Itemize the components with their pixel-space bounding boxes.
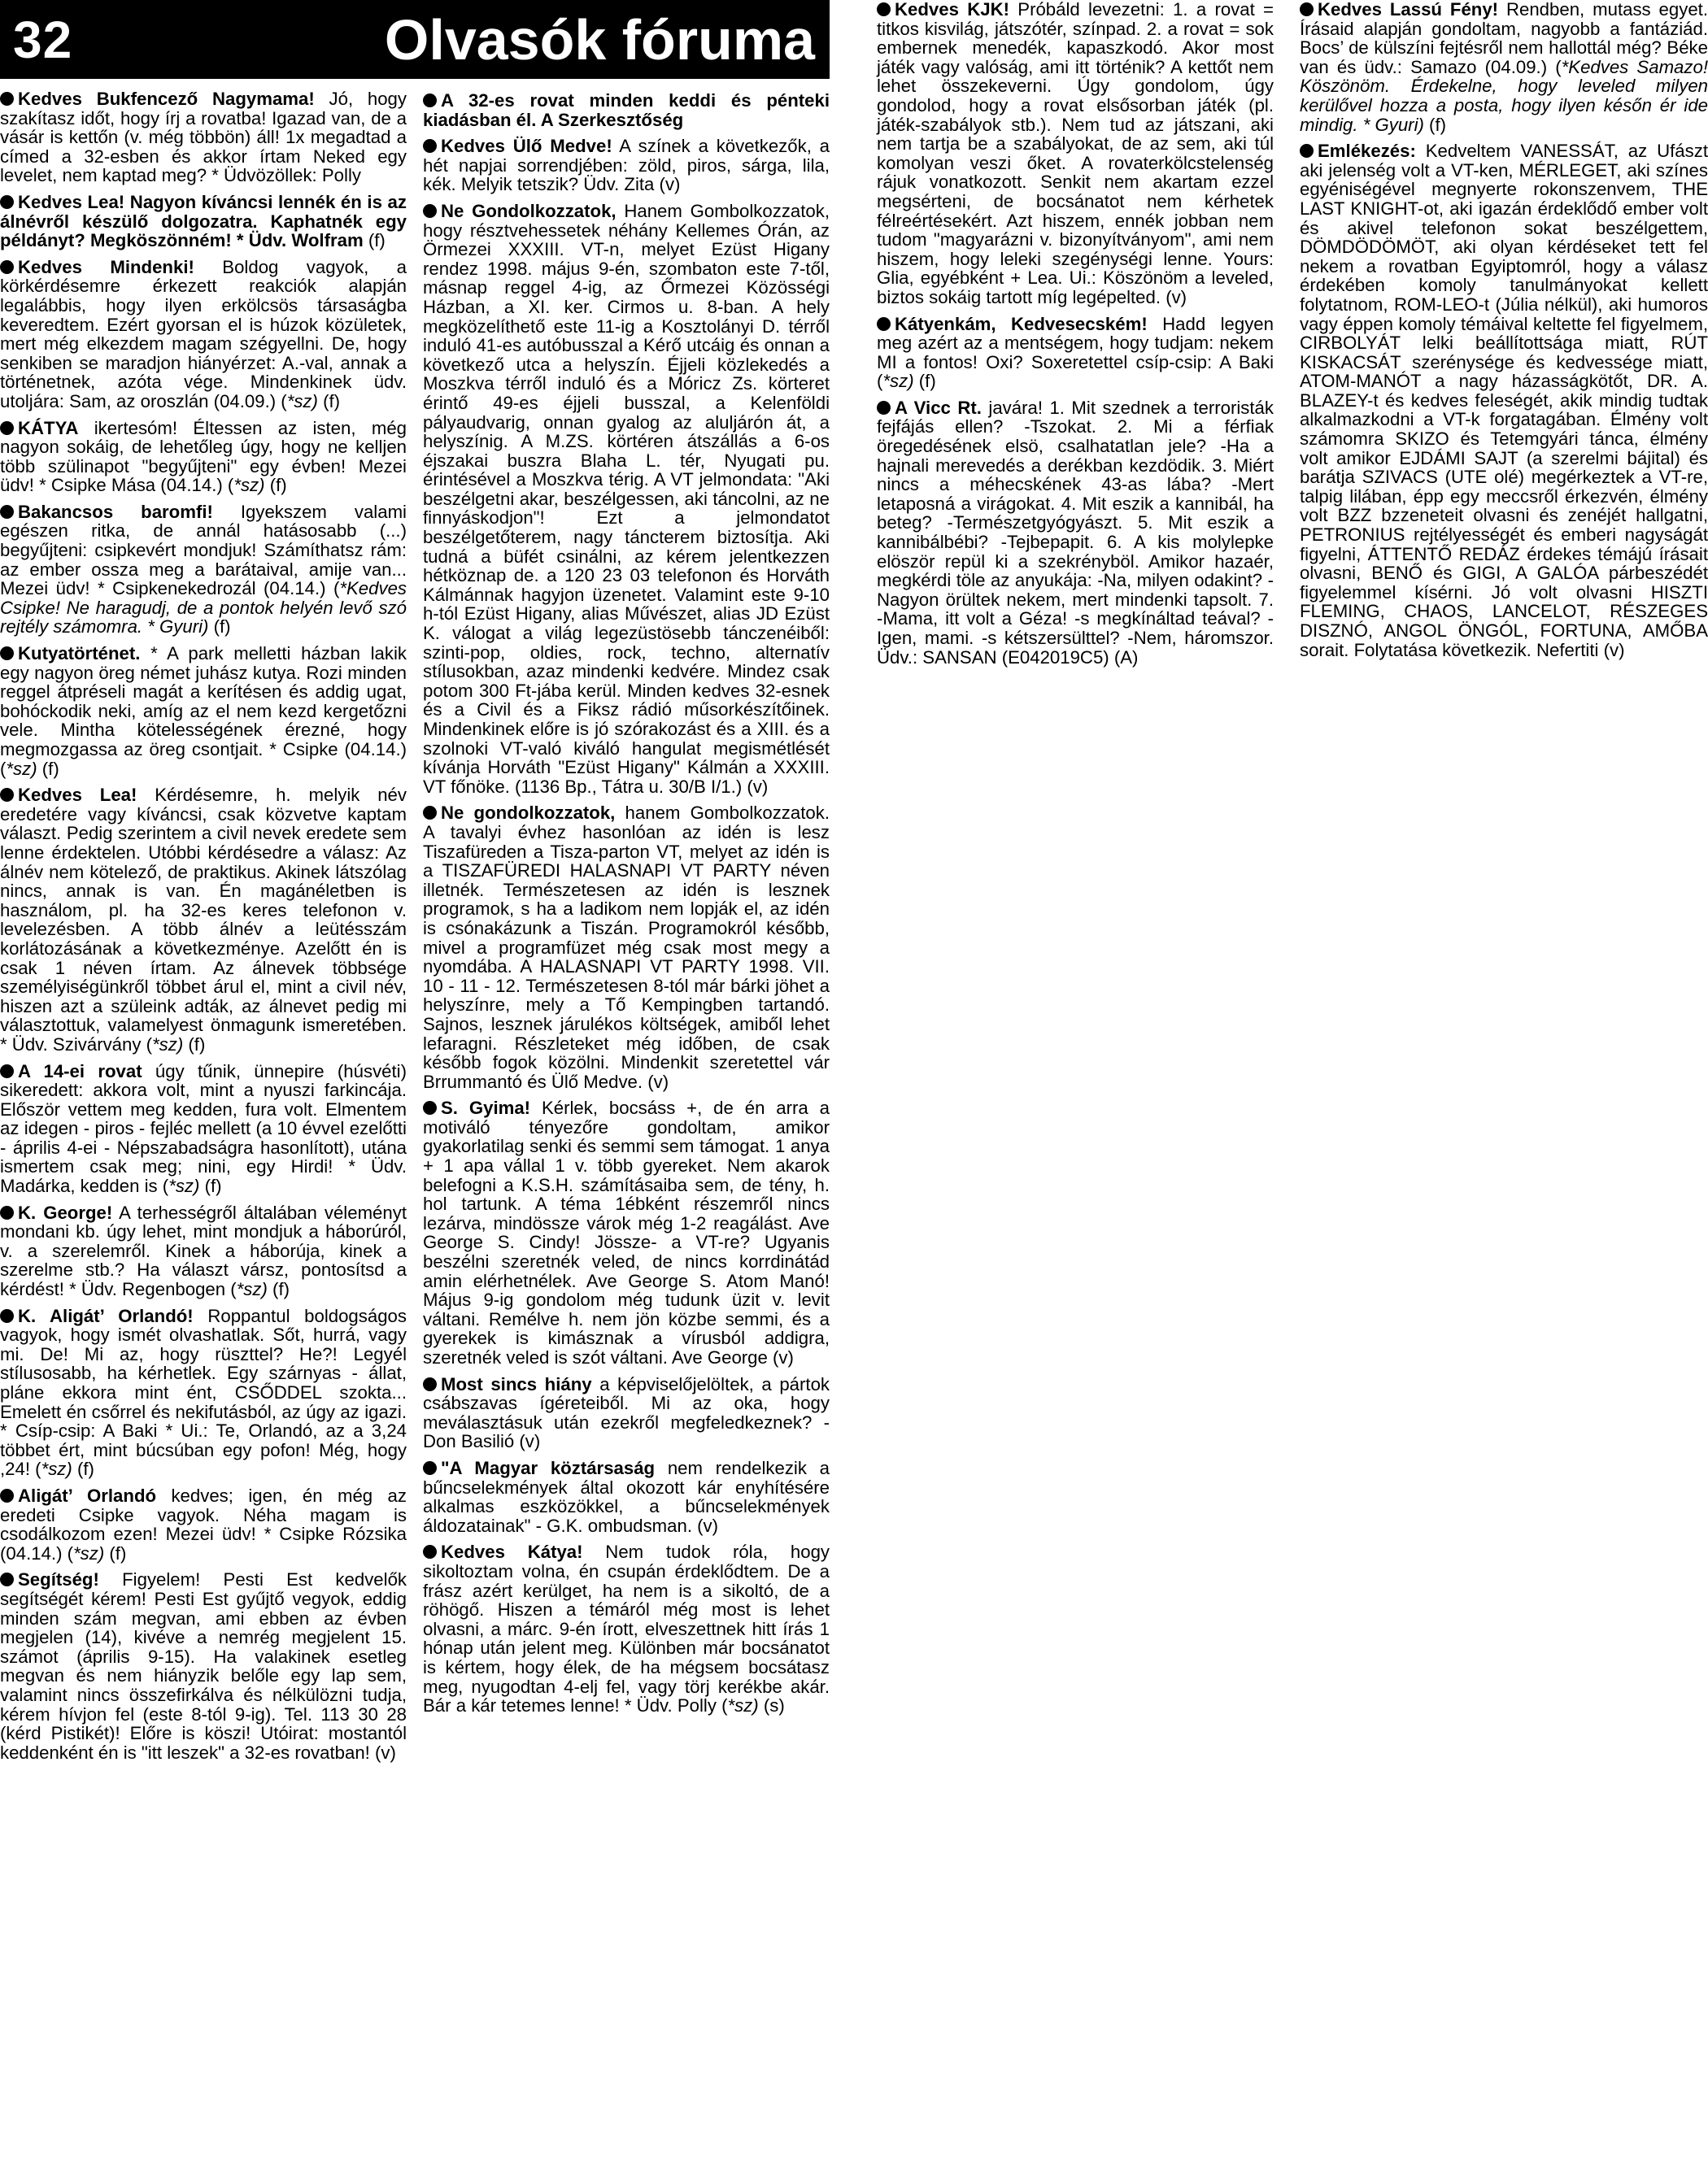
- letter-body: Nem tudok róla, hogy sikoltoztam volna, …: [423, 1542, 830, 1716]
- letter-heading: Segítség!: [18, 1569, 99, 1590]
- letter-heading: Kedves Lea!: [18, 785, 137, 805]
- editor-note: *sz): [41, 1459, 72, 1479]
- bullet-icon: [0, 788, 14, 802]
- section-header: 32 Olvasók fóruma: [0, 0, 830, 79]
- letter-heading: Kedves Lassú Fény!: [1318, 0, 1498, 20]
- letter-body: Hanem Gombolkozzatok, hogy résztvehesset…: [423, 201, 830, 797]
- letter-tag: (f): [318, 391, 340, 411]
- letter-tag: (f): [1424, 115, 1446, 135]
- letter-heading: Kátyenkám, Kedvesecském!: [895, 314, 1148, 334]
- letter-item: Kedves Kátya! Nem tudok róla, hogy sikol…: [423, 1542, 830, 1715]
- bullet-icon: [423, 1377, 437, 1391]
- letter-heading: A 32-es rovat minden keddi és pénteki ki…: [423, 90, 830, 130]
- letter-item: Segítség! Figyelem! Pesti Est kedvelők s…: [0, 1570, 407, 1762]
- letter-tag: (f): [72, 1459, 94, 1479]
- letter-heading: Ne Gondolkozzatok,: [441, 201, 617, 221]
- letter-body: hanem Gombolkozzatok. A tavalyi évhez ha…: [423, 803, 830, 1091]
- letter-tag: (f): [37, 759, 59, 779]
- letter-item: Kedves Ülő Medve! A színek a következők,…: [423, 137, 830, 194]
- bullet-icon: [877, 317, 891, 331]
- letter-item: Bakancsos baromfi! Igyekszem valami egés…: [0, 502, 407, 637]
- letter-body: Boldog vagyok, a körkérdésemre érkezett …: [0, 257, 407, 411]
- bullet-icon: [0, 260, 14, 274]
- letter-tag: (s): [759, 1695, 785, 1716]
- letter-item: A Vicc Rt. javára! 1. Mit szednek a terr…: [877, 398, 1274, 667]
- letter-item: Kutyatörténet. * A park melletti házban …: [0, 644, 407, 778]
- letter-body: Roppantul boldogságos vagyok, hogy ismét…: [0, 1306, 407, 1480]
- letter-body: javára! 1. Mit szednek a terroristák fej…: [877, 398, 1274, 668]
- editor-note: *sz): [73, 1543, 104, 1564]
- column-2: A 32-es rovat minden keddi és pénteki ki…: [423, 91, 830, 1723]
- letter-item: Most sincs hiány a képviselőjelöltek, a …: [423, 1375, 830, 1451]
- bullet-icon: [1300, 144, 1314, 158]
- letter-heading: Kedves Lea! Nagyon kíváncsi lennék én is…: [0, 192, 407, 250]
- letter-item: A 32-es rovat minden keddi és pénteki ki…: [423, 91, 830, 129]
- letter-item: K. George! A terhességről általában véle…: [0, 1203, 407, 1299]
- letter-heading: K. Aligát’ Orlandó!: [18, 1306, 194, 1326]
- bullet-icon: [423, 204, 437, 218]
- letter-tag: (f): [104, 1543, 126, 1564]
- letter-item: KÁTYA ikertesóm! Éltessen az isten, még …: [0, 419, 407, 495]
- letter-heading: Kedves Ülő Medve!: [441, 136, 612, 156]
- letter-body: * A park melletti házban lakik egy nagyo…: [0, 643, 407, 779]
- letter-item: A 14-ei rovat úgy tűnik, ünnepire (húsvé…: [0, 1062, 407, 1196]
- section-title: Olvasók fóruma: [385, 11, 815, 68]
- letter-heading: A 14-ei rovat: [18, 1061, 142, 1081]
- letter-heading: A Vicc Rt.: [895, 398, 982, 418]
- letter-item: Kedves Lassú Fény! Rendben, mutass egyet…: [1300, 0, 1708, 134]
- letter-tag: (f): [183, 1034, 205, 1055]
- letter-tag: (f): [208, 616, 230, 637]
- letter-heading: Bakancsos baromfi!: [18, 502, 213, 522]
- editor-note: *sz): [168, 1176, 199, 1196]
- letter-body: Próbáld levezetni: 1. a rovat = titkos k…: [877, 0, 1274, 307]
- letter-heading: Most sincs hiány: [441, 1374, 592, 1394]
- letter-item: Ne gondolkozzatok, hanem Gombolkozzatok.…: [423, 803, 830, 1091]
- letter-heading: K. George!: [18, 1203, 112, 1223]
- letter-heading: Kedves Bukfencező Nagymama!: [18, 89, 315, 109]
- column-1: Kedves Bukfencező Nagymama! Jó, hogy sza…: [0, 89, 407, 1769]
- bullet-icon: [0, 505, 14, 519]
- letter-body: Kedveltem VANESSÁT, az Ufászt aki jelens…: [1300, 141, 1708, 659]
- letter-item: "A Magyar köztársaság nem rendelkezik a …: [423, 1459, 830, 1535]
- column-4: Kedves Lassú Fény! Rendben, mutass egyet…: [1300, 0, 1708, 667]
- letter-body: Figyelem! Pesti Est kedvelők segítségét …: [0, 1569, 407, 1762]
- letter-item: Kedves Bukfencező Nagymama! Jó, hogy sza…: [0, 89, 407, 185]
- letter-item: Emlékezés: Kedveltem VANESSÁT, az Ufászt…: [1300, 141, 1708, 659]
- bullet-icon: [423, 1545, 437, 1559]
- bullet-icon: [423, 806, 437, 820]
- letter-heading: Kedves KJK!: [895, 0, 1009, 20]
- letter-item: Kedves Lea! Nagyon kíváncsi lennék én is…: [0, 193, 407, 250]
- editor-note: *sz): [727, 1695, 758, 1716]
- letter-body: (f): [364, 230, 386, 250]
- editor-note: *sz): [233, 475, 264, 495]
- bullet-icon: [0, 646, 14, 660]
- letter-item: S. Gyima! Kérlek, bocsáss +, de én arra …: [423, 1099, 830, 1367]
- letter-tag: (f): [265, 475, 287, 495]
- column-3: Kedves KJK! Próbáld levezetni: 1. a rova…: [877, 0, 1274, 674]
- editor-note: *sz): [152, 1034, 183, 1055]
- letter-heading: KÁTYA: [18, 418, 78, 438]
- editor-note: *sz): [6, 759, 37, 779]
- letter-heading: S. Gyima!: [441, 1098, 530, 1118]
- bullet-icon: [423, 1101, 437, 1115]
- letter-item: Kedves KJK! Próbáld levezetni: 1. a rova…: [877, 0, 1274, 307]
- letter-body: Kérdésemre, h. melyik név eredetére vagy…: [0, 785, 407, 1055]
- bullet-icon: [423, 1461, 437, 1475]
- letter-item: K. Aligát’ Orlandó! Roppantul boldogságo…: [0, 1307, 407, 1479]
- editor-note: *sz): [237, 1279, 268, 1299]
- letter-item: Kedves Lea! Kérdésemre, h. melyik név er…: [0, 785, 407, 1054]
- letter-tag: (f): [914, 371, 936, 391]
- letter-heading: Ne gondolkozzatok,: [441, 803, 615, 823]
- letter-tag: (f): [199, 1176, 221, 1196]
- letter-item: Aligát’ Orlandó kedves; igen, én még az …: [0, 1486, 407, 1563]
- bullet-icon: [0, 1064, 14, 1078]
- bullet-icon: [0, 92, 14, 106]
- bullet-icon: [0, 1573, 14, 1586]
- letter-item: Kedves Mindenki! Boldog vagyok, a körkér…: [0, 258, 407, 411]
- bullet-icon: [0, 1206, 14, 1220]
- bullet-icon: [0, 1309, 14, 1323]
- letter-heading: Kedves Mindenki!: [18, 257, 194, 277]
- letter-heading: "A Magyar köztársaság: [441, 1458, 655, 1478]
- bullet-icon: [0, 1489, 14, 1503]
- page-number: 32: [13, 14, 72, 66]
- bullet-icon: [423, 139, 437, 153]
- letter-tag: (f): [268, 1279, 290, 1299]
- letter-heading: Aligát’ Orlandó: [18, 1486, 156, 1506]
- letter-item: Kátyenkám, Kedvesecském! Hadd legyen meg…: [877, 315, 1274, 391]
- letter-item: Ne Gondolkozzatok, Hanem Gombolkozzatok,…: [423, 202, 830, 796]
- bullet-icon: [877, 401, 891, 415]
- letter-heading: Emlékezés:: [1318, 141, 1416, 161]
- editor-note: *sz): [882, 371, 913, 391]
- bullet-icon: [423, 94, 437, 107]
- bullet-icon: [0, 421, 14, 435]
- bullet-icon: [877, 2, 891, 16]
- editor-note: *sz): [287, 391, 318, 411]
- bullet-icon: [1300, 2, 1314, 16]
- letter-heading: Kedves Kátya!: [441, 1542, 583, 1562]
- letter-heading: Kutyatörténet.: [18, 643, 140, 663]
- bullet-icon: [0, 195, 14, 209]
- letter-body: Kérlek, bocsáss +, de én arra a motiváló…: [423, 1098, 830, 1368]
